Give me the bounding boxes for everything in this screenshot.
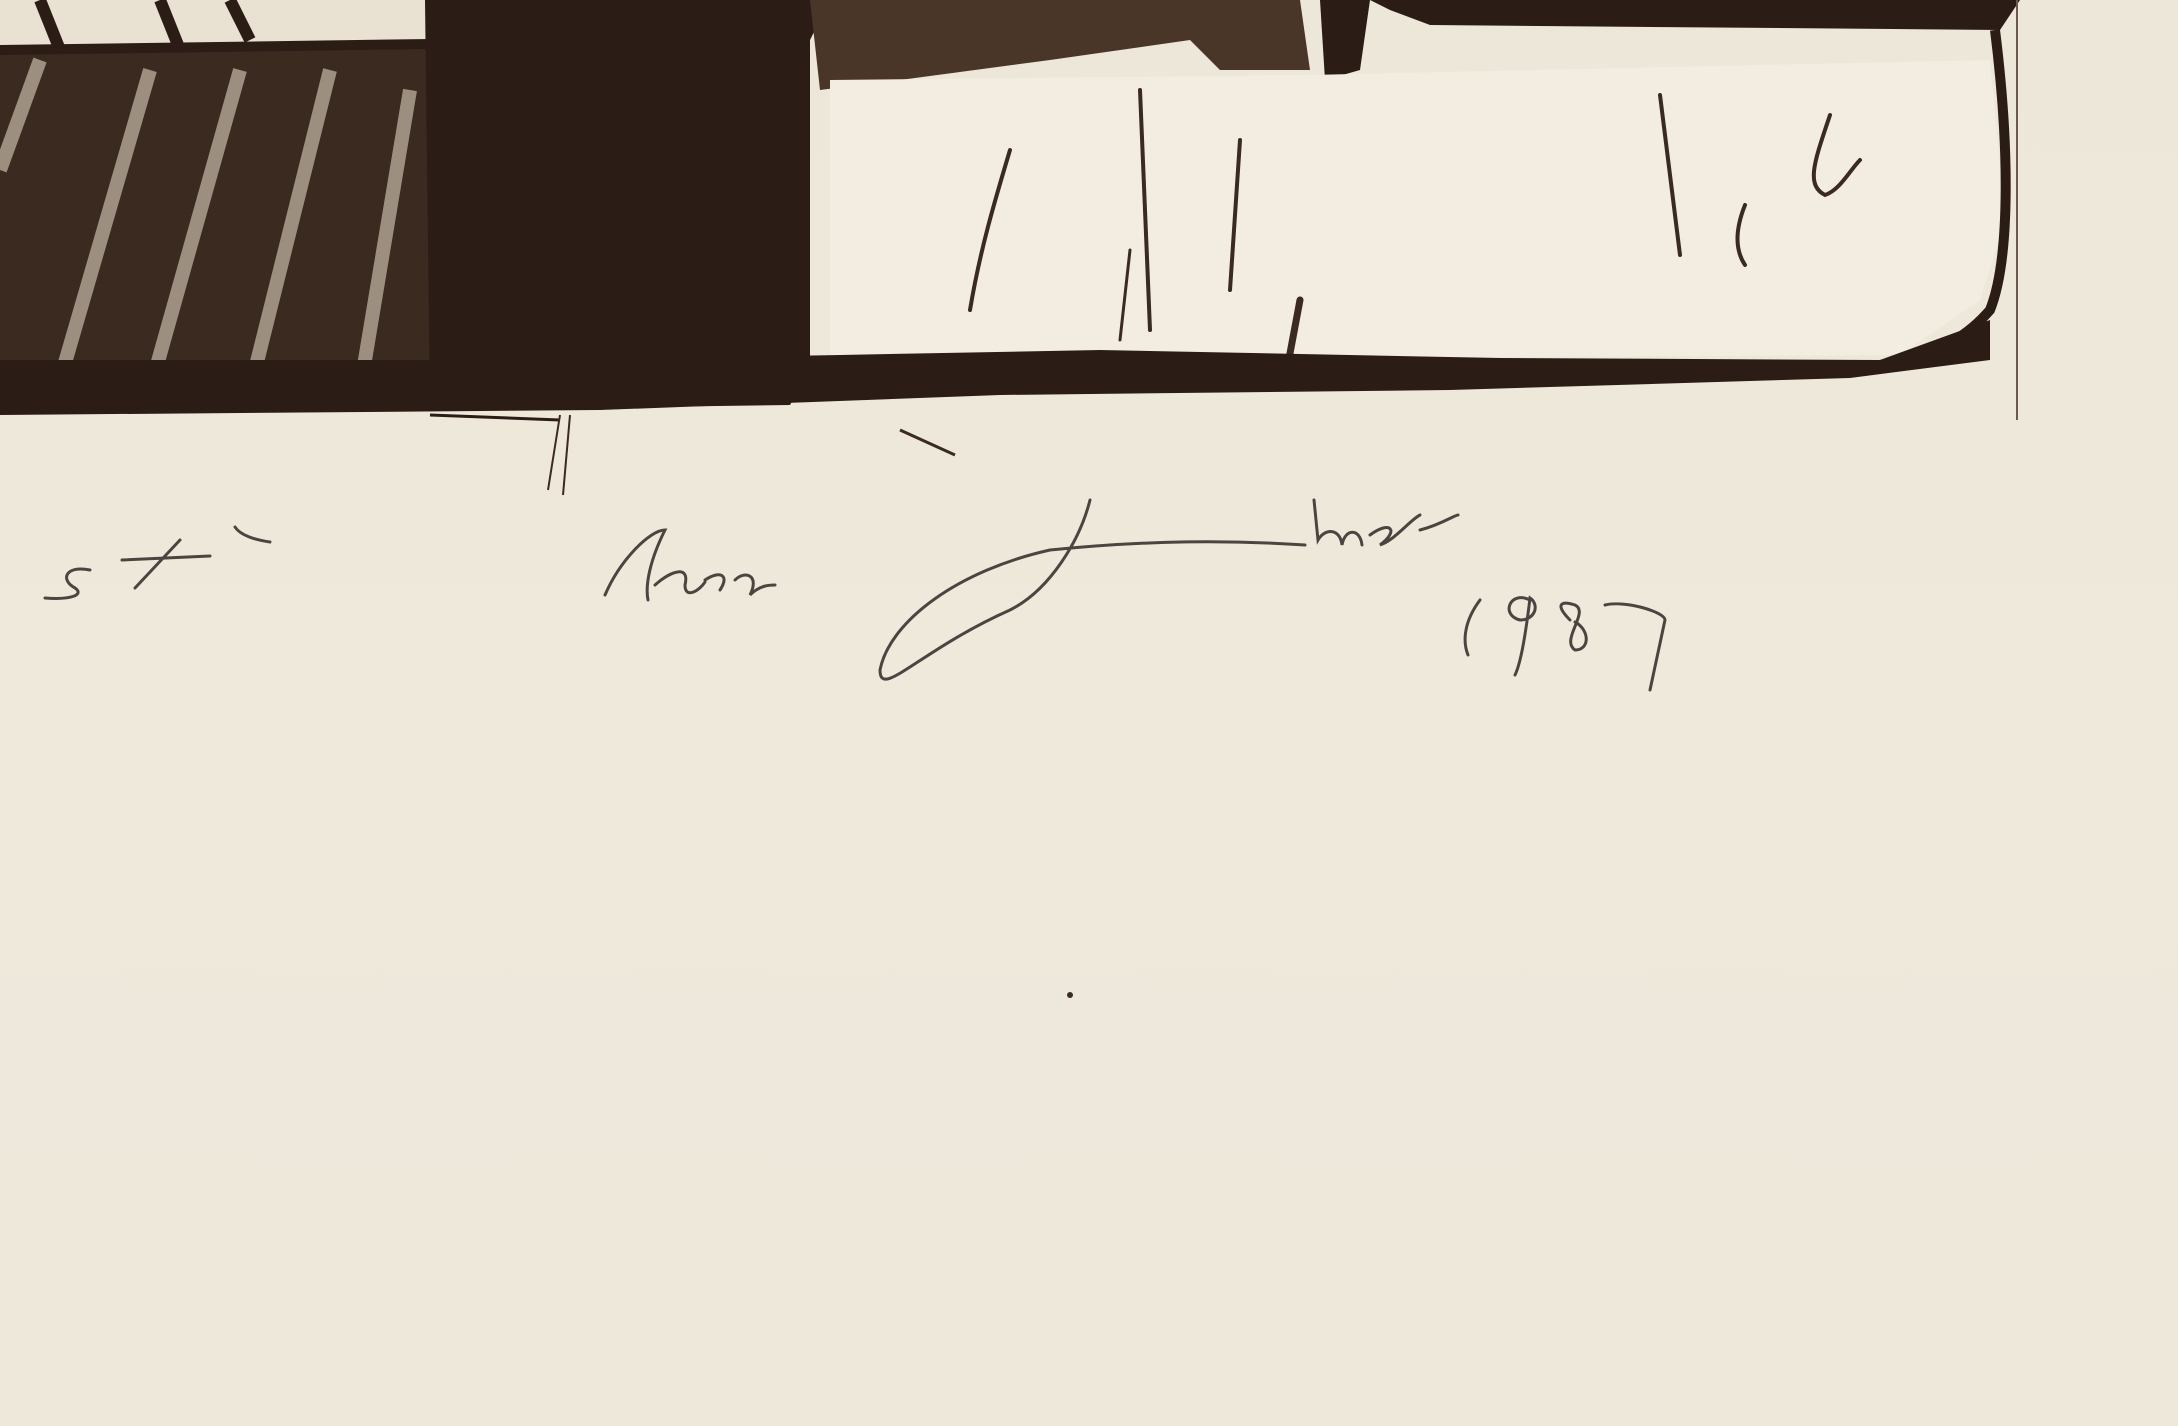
pencil-date: [1465, 598, 1665, 690]
lithograph-print: [0, 0, 2178, 1426]
pencil-signature: [605, 500, 1458, 679]
artwork-photo: 1987 ...sti: [0, 0, 2178, 1426]
paper-speck: [1067, 992, 1073, 998]
left-hatched-block: [0, 0, 440, 410]
pencil-inscription-left: [45, 527, 270, 598]
dark-column: [425, 0, 830, 410]
